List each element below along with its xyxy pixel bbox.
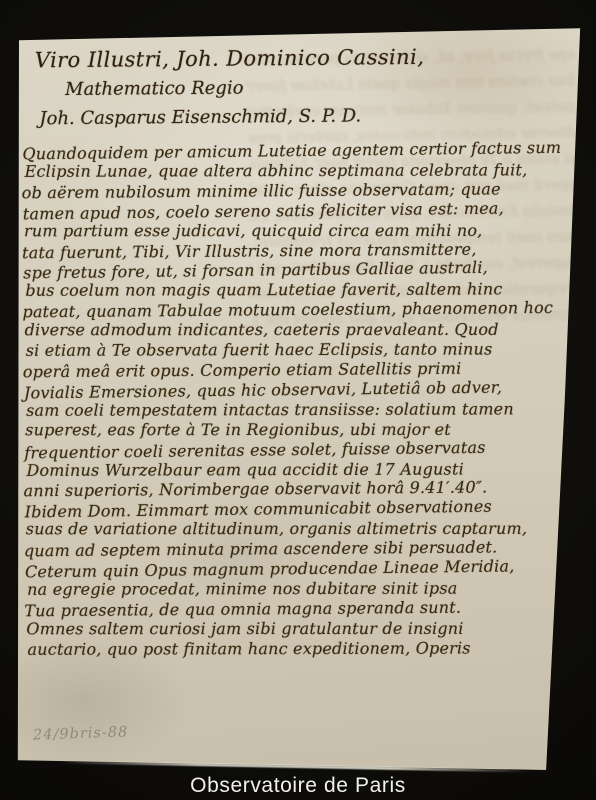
- letter-body-line: suas de variatione altitudinum, organis …: [26, 519, 586, 539]
- manuscript-page: spe fretus fore, ut, si forsan in partib…: [15, 26, 583, 776]
- letter-address-block: Viro Illustri, Joh. Dominico Cassini, Ma…: [15, 24, 584, 130]
- letter-body-line: Omnes saltem curiosi jam sibi gratulantu…: [26, 618, 586, 638]
- letter-addressee: Viro Illustri, Joh. Dominico Cassini,: [35, 44, 583, 73]
- letter-body-line: rum partium esse judicavi, quicquid circ…: [24, 220, 584, 240]
- letter-addressee-title: Mathematico Regio: [65, 75, 583, 101]
- letter-body: Quandoquidem per amicum Lutetiae agentem…: [21, 139, 584, 660]
- letter-body-line: sam coeli tempestatem intactas transiiss…: [26, 399, 586, 421]
- letter-salutation: Joh. Casparus Eisenschmid, S. P. D.: [39, 104, 583, 130]
- letter-body-line: diverse admodum indicantes, caeteris pra…: [25, 320, 585, 340]
- letter-body-line: Tua praesentia, de qua omnia magna spera…: [24, 597, 584, 621]
- archival-date-annotation: 24/9bris-88: [33, 724, 129, 743]
- photo-backdrop: spe fretus fore, ut, si forsan in partib…: [0, 0, 596, 800]
- letter-body-line: pateat, quanam Tabulae motuum coelestium…: [22, 298, 582, 322]
- letter-body-line: auctario, quo post finitam hanc expediti…: [27, 638, 587, 660]
- caption-observatoire-de-paris: Observatoire de Paris: [0, 771, 596, 800]
